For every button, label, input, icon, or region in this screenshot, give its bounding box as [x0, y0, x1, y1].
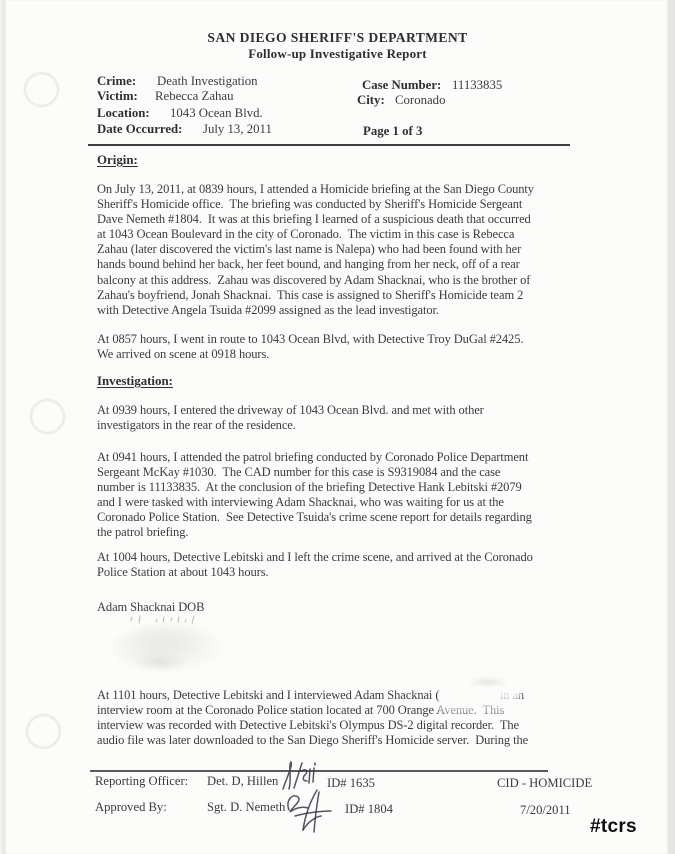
origin-paragraph-2: At 0857 hours, I went in route to 1043 O… [97, 332, 637, 362]
report-subtitle: Follow-up Investigative Report [0, 46, 675, 62]
approved-by-name: Sgt. D. Nemeth [207, 800, 285, 815]
approved-by-signature [281, 786, 343, 836]
reporting-officer-name: Det. D, Hillen [207, 774, 278, 789]
origin-paragraph-1: On July 13, 2011, at 0839 hours, I atten… [97, 182, 637, 318]
report-title: SAN DIEGO SHERIFF'S DEPARTMENT [0, 30, 675, 46]
location-label: Location: [97, 106, 150, 121]
investigation-heading: Investigation: [97, 374, 173, 389]
approved-by-id: ID# 1804 [345, 802, 393, 817]
investigation-paragraph-1: At 0939 hours, I entered the driveway of… [97, 403, 637, 433]
city-label: City: [357, 93, 385, 108]
hole-punch-mark [26, 714, 61, 749]
hole-punch-mark [24, 72, 59, 107]
investigation-paragraph-4: At 1101 hours, Detective Lebitski and I … [97, 688, 637, 748]
unit-label: CID - HOMICIDE [497, 776, 592, 791]
scanned-report-page: SAN DIEGO SHERIFF'S DEPARTMENT Follow-up… [0, 0, 675, 854]
victim-label: Victim: [97, 89, 138, 104]
header-divider [88, 144, 570, 146]
case-number-value: 11133835 [452, 78, 502, 93]
location-value: 1043 Ocean Blvd. [170, 106, 263, 121]
page-indicator: Page 1 of 3 [363, 124, 422, 139]
origin-heading: Origin: [97, 153, 138, 168]
approved-by-label: Approved By: [95, 800, 167, 815]
crime-value: Death Investigation [157, 74, 258, 89]
reporting-officer-label: Reporting Officer: [95, 774, 188, 789]
watermark-tag: #tcrs [590, 816, 637, 838]
report-date: 7/20/2011 [520, 803, 571, 818]
dob-redaction-marks [126, 613, 211, 625]
crime-label: Crime: [97, 74, 136, 89]
case-number-label: Case Number: [362, 78, 441, 93]
investigation-paragraph-3: At 1004 hours, Detective Lebitski and I … [97, 550, 637, 580]
investigation-paragraph-2: At 0941 hours, I attended the patrol bri… [97, 450, 637, 541]
hole-punch-mark [30, 399, 65, 434]
date-occurred-label: Date Occurred: [97, 122, 182, 137]
city-value: Coronado [395, 93, 445, 108]
date-occurred-value: July 13, 2011 [203, 122, 272, 137]
victim-value: Rebecca Zahau [155, 89, 234, 104]
footer-divider [90, 770, 548, 772]
